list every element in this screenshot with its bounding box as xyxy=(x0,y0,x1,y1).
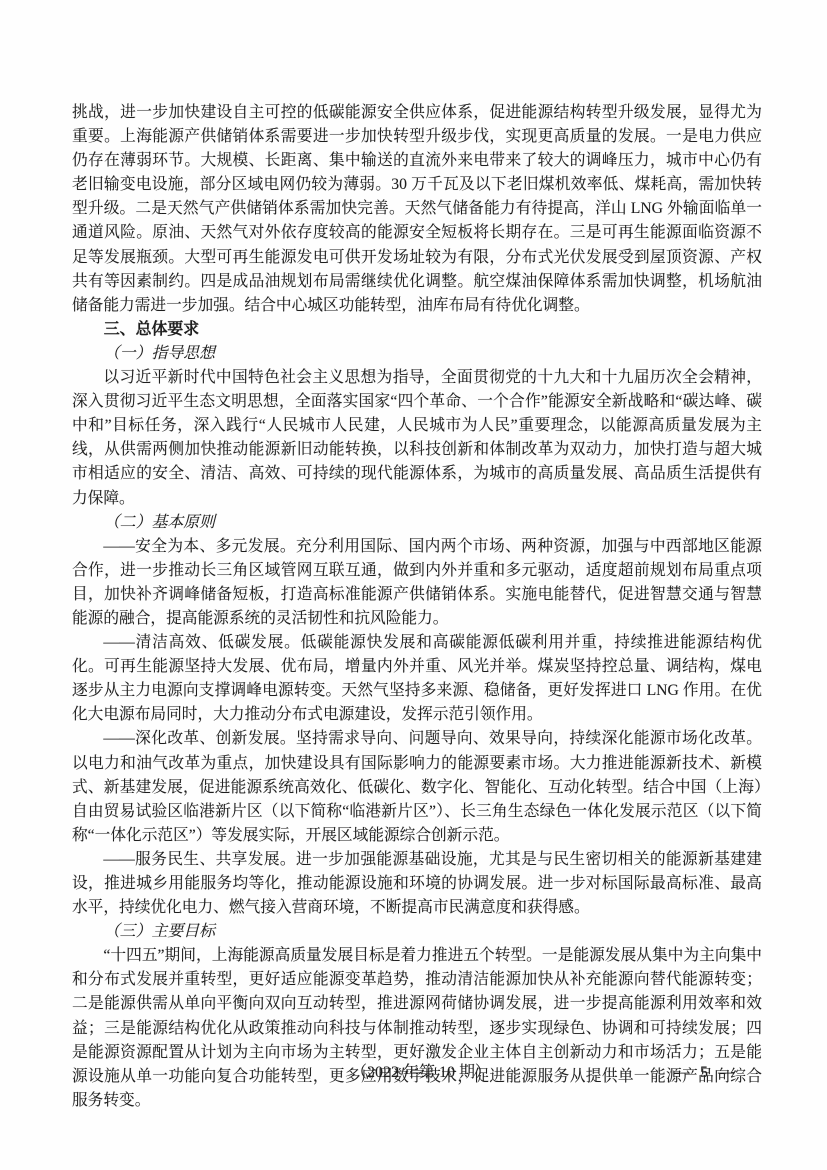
document-body: 挑战，进一步加快建设自主可控的低碳能源安全供应体系，促进能源结构转型升级发展，显… xyxy=(72,101,762,1113)
paragraph: ——清洁高效、低碳发展。低碳能源快发展和高碳能源低碳利用并重，持续推进能源结构优… xyxy=(72,631,762,727)
paragraph: “十四五”期间，上海能源高质量发展目标是着力推进五个转型。一是能源发展从集中为主… xyxy=(72,944,762,1113)
section-heading: 三、总体要求 xyxy=(72,318,762,342)
paragraph: ——服务民生、共享发展。进一步加强能源基础设施，尤其是与民生密切相关的能源新基建… xyxy=(72,848,762,920)
paragraph: 以习近平新时代中国特色社会主义思想为指导，全面贯彻党的十九大和十九届历次全会精神… xyxy=(72,366,762,511)
issue-label: （2022 年第 10 期） xyxy=(351,1061,491,1085)
paragraph: ——深化改革、创新发展。坚持需求导向、问题导向、效果导向，持续深化能源市场化改革… xyxy=(72,727,762,847)
sub-heading: （一）指导思想 xyxy=(72,342,762,366)
sub-heading: （三）主要目标 xyxy=(72,920,762,944)
document-page: 挑战，进一步加快建设自主可控的低碳能源安全供应体系，促进能源结构转型升级发展，显… xyxy=(0,0,827,1170)
paragraph: ——安全为本、多元发展。充分利用国际、国内两个市场、两种资源，加强与中西部地区能… xyxy=(72,535,762,631)
paragraph-continuation: 挑战，进一步加快建设自主可控的低碳能源安全供应体系，促进能源结构转型升级发展，显… xyxy=(72,101,762,318)
page-number: — 5 — xyxy=(674,1061,734,1085)
sub-heading: （二）基本原则 xyxy=(72,511,762,535)
page-footer: （2022 年第 10 期） — 5 — xyxy=(72,1061,762,1085)
